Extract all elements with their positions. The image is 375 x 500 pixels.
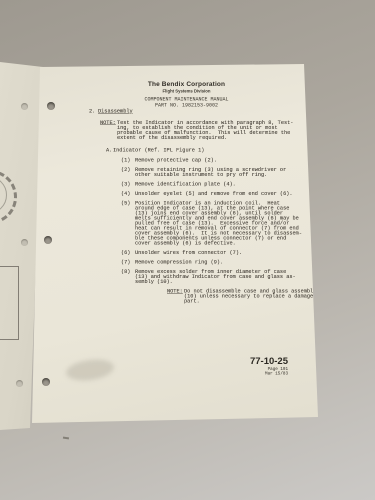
subsection-heading: A. Indicator (Ref. IPL Figure 1) — [106, 148, 329, 153]
punch-hole-bottom — [42, 378, 50, 386]
step-6: (6) Unsolder wires from connector (7). — [121, 251, 329, 256]
punch-hole-middle — [44, 236, 52, 244]
step-3-text: Remove identification plate (4). — [135, 182, 236, 187]
page-footer: 77-10-25 Page 101 Mar 15/83 — [188, 356, 288, 376]
step-5: (5) Position Indicator is an induction c… — [121, 201, 329, 246]
step-8: (8) Remove excess solder from inner diam… — [121, 270, 329, 285]
note-text: Test the Indicator in accordance with pa… — [117, 121, 293, 141]
step-2-number: (2) — [121, 168, 135, 173]
step-8-text: Remove excess solder from inner diameter… — [135, 270, 296, 285]
step-5-number: (5) — [121, 201, 135, 206]
step-1: (1) Remove protective cap (2). — [121, 158, 329, 163]
step-list: (1) Remove protective cap (2). (2) Remov… — [121, 158, 329, 304]
back-sheet-punch-hole-top — [21, 103, 28, 110]
company-name: The Bendix Corporation — [104, 80, 269, 88]
step-8-note: NOTE: Do not disassemble case and glass … — [167, 289, 329, 304]
revision-date: Mar 15/83 — [188, 372, 288, 377]
step-8-note-label: NOTE: — [167, 289, 184, 294]
step-1-number: (1) — [121, 158, 135, 163]
section-heading: 2. Disassembly — [89, 109, 329, 114]
step-7-text: Remove compression ring (9). — [135, 260, 223, 265]
manual-title: COMPONENT MAINTENANCE MANUAL — [104, 97, 269, 103]
step-2: (2) Remove retaining ring (3) using a sc… — [121, 168, 329, 178]
page-body: 2. Disassembly NOTE: Test the Indicator … — [89, 109, 329, 304]
step-1-text: Remove protective cap (2). — [135, 158, 217, 163]
step-8-note-text: Do not disassemble case and glass assemb… — [184, 289, 316, 304]
step-5-text: Position Indicator is an induction coil.… — [135, 201, 302, 246]
faint-stamp-smudge — [65, 357, 115, 383]
section-title: Disassembly — [98, 109, 133, 114]
back-sheet-punch-hole-middle — [21, 239, 28, 246]
subsection-title: Indicator (Ref. IPL Figure 1) — [113, 148, 204, 153]
box-drawing — [0, 266, 19, 340]
ata-chapter-code: 77-10-25 — [188, 356, 288, 367]
step-8-number: (8) — [121, 270, 135, 275]
punch-hole-top — [47, 102, 55, 110]
subsection-letter: A. — [106, 148, 113, 153]
pencil-mark — [63, 437, 69, 439]
photo-background: The Bendix Corporation Flight Systems Di… — [0, 0, 375, 500]
step-3: (3) Remove identification plate (4). — [121, 182, 329, 187]
step-6-number: (6) — [121, 251, 135, 256]
step-6-text: Unsolder wires from connector (7). — [135, 251, 242, 256]
note-label: NOTE: — [100, 121, 117, 126]
step-4-number: (4) — [121, 192, 135, 197]
note-paragraph: NOTE: Test the Indicator in accordance w… — [100, 121, 329, 141]
step-4-text: Unsolder eyelet (5) and remove from end … — [135, 192, 293, 197]
step-7-number: (7) — [121, 260, 135, 265]
page-header: The Bendix Corporation Flight Systems Di… — [104, 80, 269, 109]
division-name: Flight Systems Division — [104, 89, 269, 94]
step-2-text: Remove retaining ring (3) using a screwd… — [135, 168, 286, 178]
back-sheet-punch-hole-bottom — [16, 380, 23, 387]
step-3-number: (3) — [121, 182, 135, 187]
step-4: (4) Unsolder eyelet (5) and remove from … — [121, 192, 329, 197]
step-7: (7) Remove compression ring (9). — [121, 260, 329, 265]
section-number: 2. — [89, 109, 98, 114]
manual-page: The Bendix Corporation Flight Systems Di… — [28, 60, 323, 428]
